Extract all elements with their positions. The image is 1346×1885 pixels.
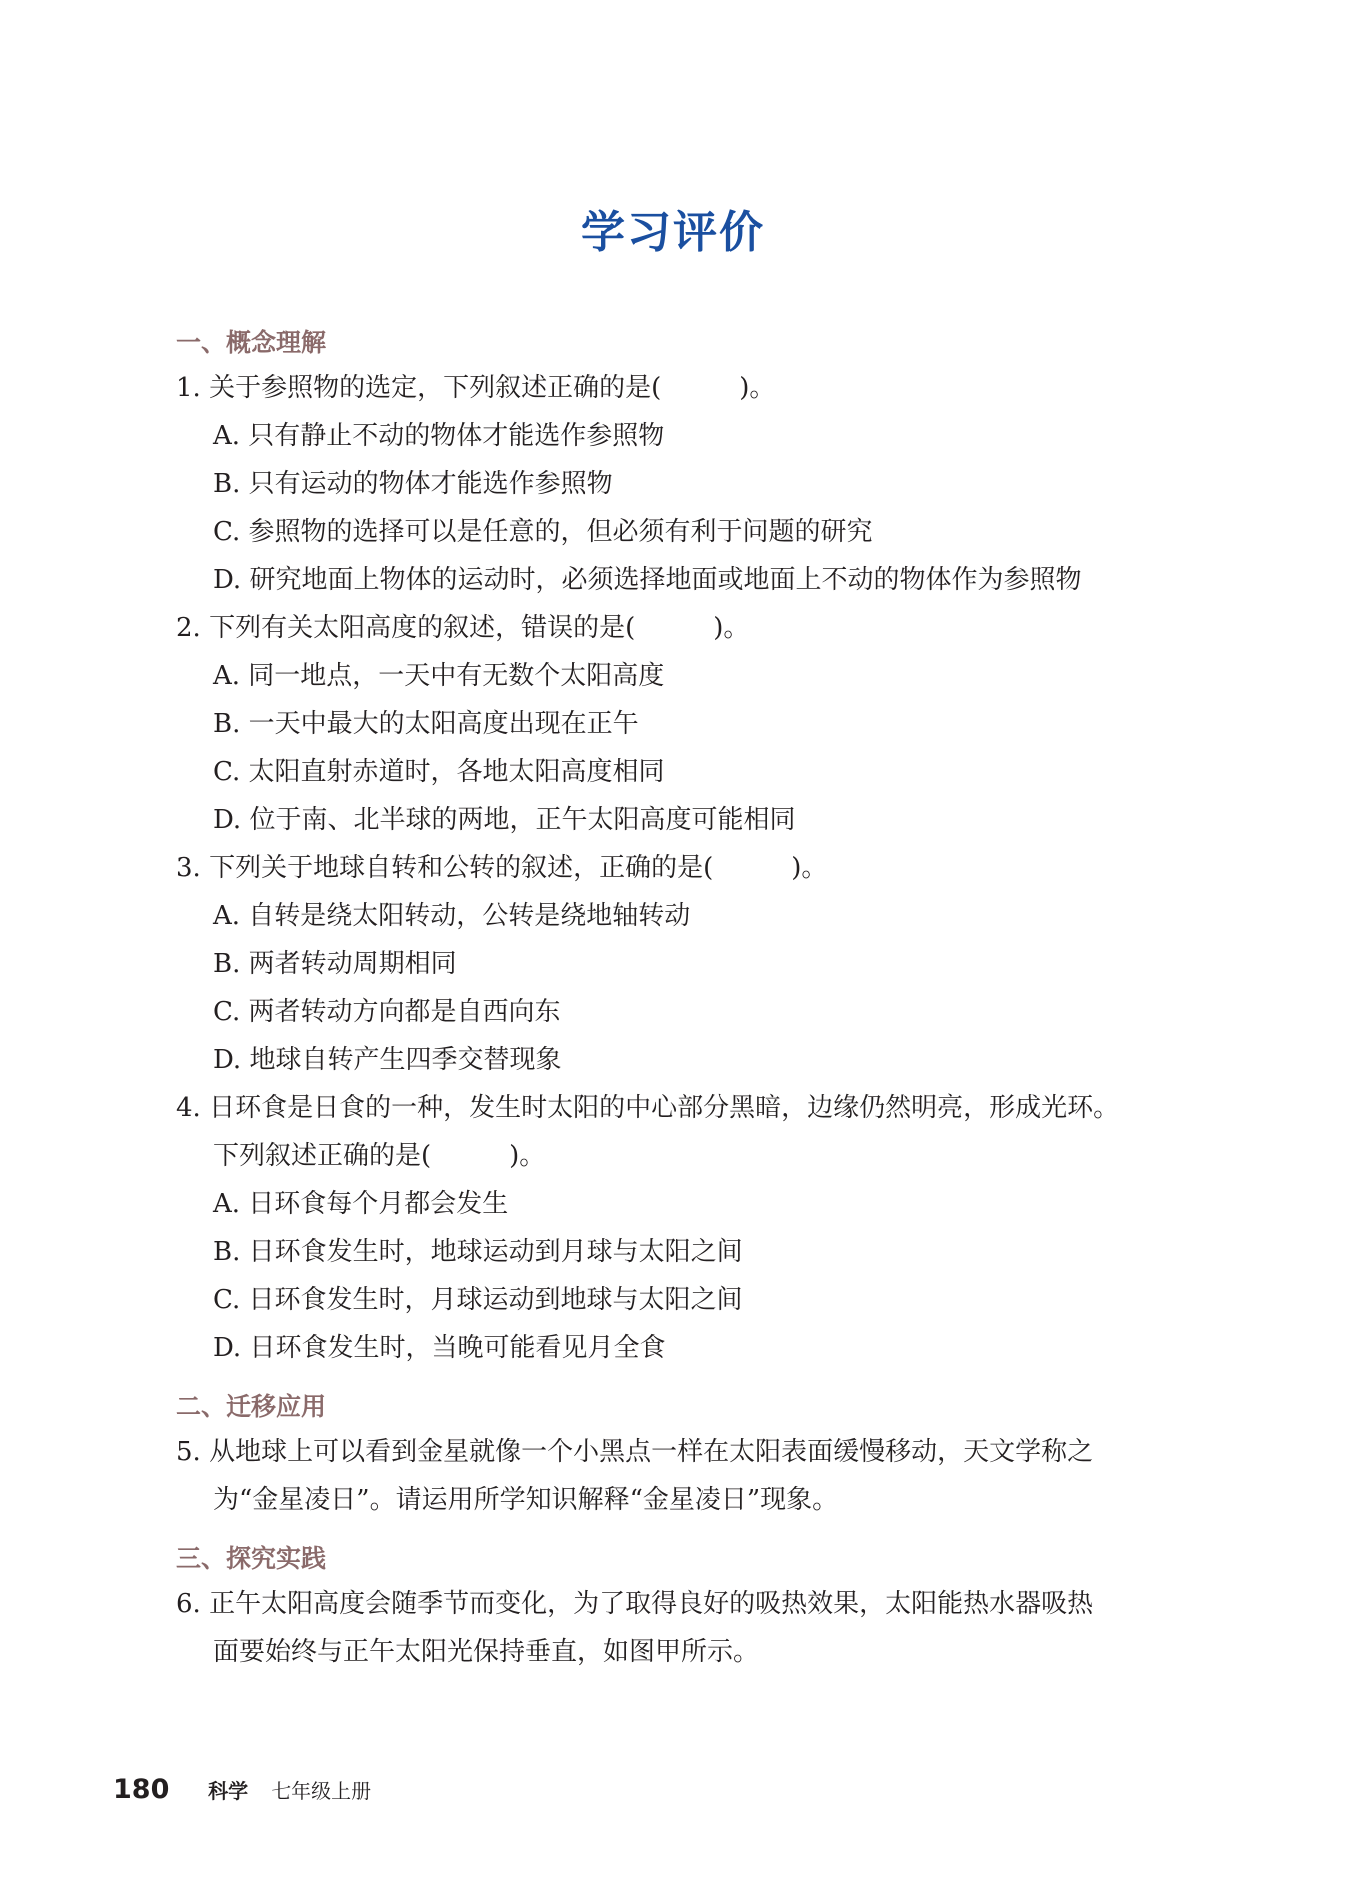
question-stem: 6. 正午太阳高度会随季节而变化，为了取得良好的吸热效果，太阳能热水器吸热 xyxy=(176,1580,1176,1628)
question-2: 2. 下列有关太阳高度的叙述，错误的是( )。 A. 同一地点，一天中有无数个太… xyxy=(176,604,1176,844)
question-1: 1. 关于参照物的选定，下列叙述正确的是( )。 A. 只有静止不动的物体才能选… xyxy=(176,364,1176,604)
question-stem-continued: 面要始终与正午太阳光保持垂直，如图甲所示。 xyxy=(176,1628,1176,1676)
footer-subject: 科学 xyxy=(208,1779,248,1803)
page-title: 学习评价 xyxy=(0,196,1346,260)
option-b: B. 一天中最大的太阳高度出现在正午 xyxy=(176,700,1176,748)
option-d: D. 地球自转产生四季交替现象 xyxy=(176,1036,1176,1084)
exercise-content: 一、概念理解 1. 关于参照物的选定，下列叙述正确的是( )。 A. 只有静止不… xyxy=(176,322,1176,1676)
question-stem: 3. 下列关于地球自转和公转的叙述，正确的是( )。 xyxy=(176,844,1176,892)
option-c: C. 太阳直射赤道时，各地太阳高度相同 xyxy=(176,748,1176,796)
question-5: 5. 从地球上可以看到金星就像一个小黑点一样在太阳表面缓慢移动，天文学称之 为“… xyxy=(176,1428,1176,1524)
option-d: D. 日环食发生时，当晚可能看见月全食 xyxy=(176,1324,1176,1372)
question-3: 3. 下列关于地球自转和公转的叙述，正确的是( )。 A. 自转是绕太阳转动，公… xyxy=(176,844,1176,1084)
question-stem: 1. 关于参照物的选定，下列叙述正确的是( )。 xyxy=(176,364,1176,412)
section-heading-concepts: 一、概念理解 xyxy=(176,322,1176,364)
page-number: 180 xyxy=(113,1774,203,1805)
option-b: B. 只有运动的物体才能选作参照物 xyxy=(176,460,1176,508)
question-stem-continued: 下列叙述正确的是( )。 xyxy=(176,1132,1176,1180)
question-stem: 4. 日环食是日食的一种，发生时太阳的中心部分黑暗，边缘仍然明亮，形成光环。 xyxy=(176,1084,1176,1132)
option-d: D. 位于南、北半球的两地，正午太阳高度可能相同 xyxy=(176,796,1176,844)
option-a: A. 同一地点，一天中有无数个太阳高度 xyxy=(176,652,1176,700)
option-a: A. 日环食每个月都会发生 xyxy=(176,1180,1176,1228)
question-stem: 5. 从地球上可以看到金星就像一个小黑点一样在太阳表面缓慢移动，天文学称之 xyxy=(176,1428,1176,1476)
section-heading-inquiry: 三、探究实践 xyxy=(176,1538,1176,1580)
option-a: A. 自转是绕太阳转动，公转是绕地轴转动 xyxy=(176,892,1176,940)
option-c: C. 两者转动方向都是自西向东 xyxy=(176,988,1176,1036)
page-footer: 180 科学 七年级上册 xyxy=(113,1774,371,1805)
option-c: C. 日环食发生时，月球运动到地球与太阳之间 xyxy=(176,1276,1176,1324)
option-d: D. 研究地面上物体的运动时，必须选择地面或地面上不动的物体作为参照物 xyxy=(176,556,1176,604)
footer-grade: 七年级上册 xyxy=(271,1779,371,1803)
option-a: A. 只有静止不动的物体才能选作参照物 xyxy=(176,412,1176,460)
question-stem-continued: 为“金星凌日”。请运用所学知识解释“金星凌日”现象。 xyxy=(176,1476,1176,1524)
option-c: C. 参照物的选择可以是任意的，但必须有利于问题的研究 xyxy=(176,508,1176,556)
question-6: 6. 正午太阳高度会随季节而变化，为了取得良好的吸热效果，太阳能热水器吸热 面要… xyxy=(176,1580,1176,1676)
question-4: 4. 日环食是日食的一种，发生时太阳的中心部分黑暗，边缘仍然明亮，形成光环。 下… xyxy=(176,1084,1176,1372)
option-b: B. 两者转动周期相同 xyxy=(176,940,1176,988)
question-stem: 2. 下列有关太阳高度的叙述，错误的是( )。 xyxy=(176,604,1176,652)
option-b: B. 日环食发生时，地球运动到月球与太阳之间 xyxy=(176,1228,1176,1276)
section-heading-application: 二、迁移应用 xyxy=(176,1386,1176,1428)
